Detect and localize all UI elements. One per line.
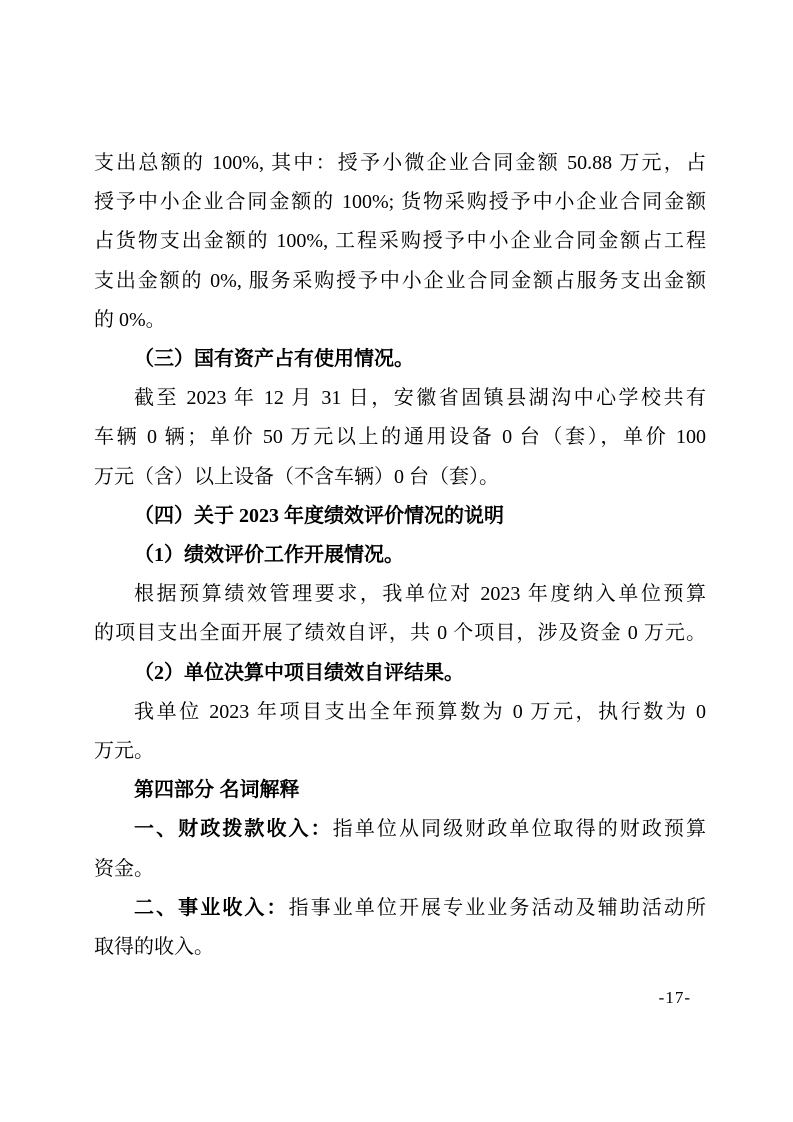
text-line: （四）关于 2023 年度绩效评价情况的说明	[94, 497, 706, 536]
document-body: 支出总额的 100%, 其中：授予小微企业合同金额 50.88 万元，占授予中小…	[94, 144, 706, 967]
text-line: （三）国有资产占有使用情况。	[94, 340, 706, 379]
text-line: 支出总额的 100%, 其中：授予小微企业合同金额 50.88 万元，占	[94, 144, 706, 183]
text-line: 根据预算绩效管理要求，我单位对 2023 年度纳入单位预算	[94, 575, 706, 614]
text-line: 授予中小企业合同金额的 100%; 货物采购授予中小企业合同金额	[94, 183, 706, 222]
text-line: 一、财政拨款收入：指单位从同级财政单位取得的财政预算	[94, 810, 706, 849]
page-number: -17-	[659, 988, 691, 1008]
text-line: 的项目支出全面开展了绩效自评，共 0 个项目，涉及资金 0 万元。	[94, 614, 706, 653]
text-line: 截至 2023 年 12 月 31 日，安徽省固镇县湖沟中心学校共有	[94, 379, 706, 418]
text-line: 万元。	[94, 732, 706, 771]
text-line: 车辆 0 辆；单价 50 万元以上的通用设备 0 台（套），单价 100	[94, 418, 706, 457]
text-line: 万元（含）以上设备（不含车辆）0 台（套）。	[94, 458, 706, 497]
text-line: 第四部分 名词解释	[94, 771, 706, 810]
text-line: 我单位 2023 年项目支出全年预算数为 0 万元，执行数为 0	[94, 693, 706, 732]
text-line: （1）绩效评价工作开展情况。	[94, 536, 706, 575]
text-line: 资金。	[94, 850, 706, 889]
text-line: 二、事业收入：指事业单位开展专业业务活动及辅助活动所	[94, 889, 706, 928]
term-label: 二、事业收入：	[134, 897, 289, 919]
text-line: 支出金额的 0%, 服务采购授予中小企业合同金额占服务支出金额	[94, 262, 706, 301]
term-label: 一、财政拨款收入：	[134, 818, 333, 840]
document-page: 支出总额的 100%, 其中：授予小微企业合同金额 50.88 万元，占授予中小…	[0, 0, 793, 1122]
text-line: 取得的收入。	[94, 928, 706, 967]
text-line: 占货物支出金额的 100%, 工程采购授予中小企业合同金额占工程	[94, 222, 706, 261]
text-line: （2）单位决算中项目绩效自评结果。	[94, 654, 706, 693]
text-line: 的 0%。	[94, 301, 706, 340]
